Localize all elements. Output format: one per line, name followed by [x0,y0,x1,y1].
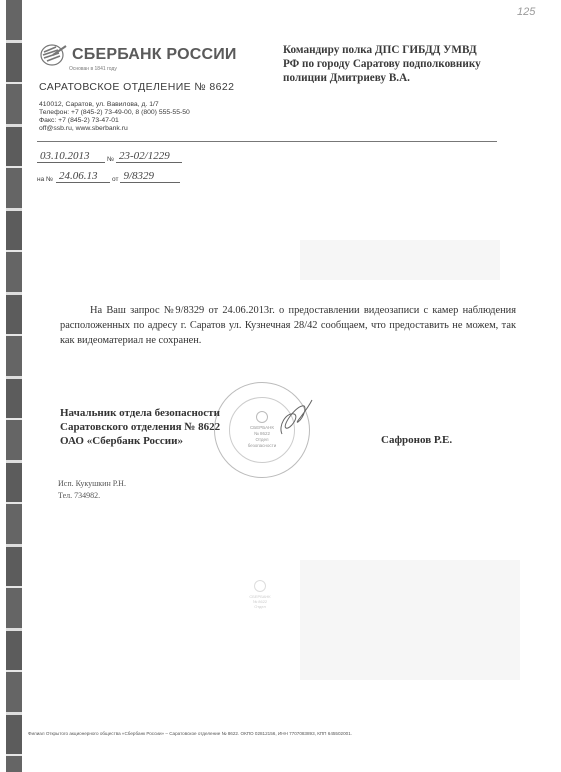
executor-name: Исп. Кукушкин Р.Н. [58,478,126,490]
sberbank-logo-icon [40,44,68,66]
stamp-logo-icon [254,580,266,592]
bank-name: СБЕРБАНК РОССИИ [72,46,237,64]
addressee-block: Командиру полка ДПС ГИБДД УМВД РФ по гор… [283,43,513,85]
addressee-line: Командиру полка ДПС ГИБДД УМВД [283,43,513,57]
incoming-reference: на № 24.06.13 от 9/8329 [37,170,180,183]
stamp-text: безопасности [248,443,276,449]
outgoing-reference: 03.10.2013 № 23-02/1229 [37,150,182,163]
from-label: от [112,176,118,183]
footer-legal-info: Филиал Открытого акционерного общества «… [28,731,352,736]
number-label: № [107,156,114,163]
executor-info: Исп. Кукушкин Р.Н. Тел. 734982. [58,478,126,502]
addressee-line: РФ по городу Саратову подполковнику [283,57,513,71]
position-line: Начальник отдела безопасности [60,406,220,420]
stamp-logo-icon [256,411,268,423]
letter-body: На Ваш запрос №9/8329 от 24.06.2013г. о … [60,303,516,348]
position-line: Саратовского отделения № 8622 [60,420,220,434]
phone: Телефон: +7 (845-2) 73-49-00, 8 (800) 55… [39,109,190,117]
stamp-text: Отдел [254,604,266,609]
in-reply-label: на № [37,176,53,183]
header-divider [37,141,497,142]
body-paragraph: На Ваш запрос №9/8329 от 24.06.2013г. о … [60,305,516,346]
signatory-position: Начальник отдела безопасности Саратовско… [60,406,220,448]
fax: Факс: +7 (845-2) 73-47-01 [39,117,190,125]
executor-phone: Тел. 734982. [58,490,126,502]
scan-smudge [300,560,520,680]
handwritten-incoming-date: 24.06.13 [56,170,110,183]
web: off@ssb.ru, www.sberbank.ru [39,125,190,133]
address: 410012, Саратов, ул. Вавилова, д. 1/7 [39,101,190,109]
founded-tagline: Основан в 1841 году [69,66,117,72]
handwritten-outgoing-number: 23-02/1229 [116,150,182,163]
branch-name: САРАТОВСКОЕ ОТДЕЛЕНИЕ № 8622 [39,81,234,93]
handwritten-date: 03.10.2013 [37,150,105,163]
page-number: 125 [517,6,535,18]
position-line: ОАО «Сбербанк России» [60,434,220,448]
signatory-name: Сафронов Р.Е. [381,434,452,446]
handwritten-signature-icon [276,398,316,440]
handwritten-incoming-number: 9/8329 [120,170,180,183]
contact-info: 410012, Саратов, ул. Вавилова, д. 1/7 Те… [39,101,190,133]
bank-logo: СБЕРБАНК РОССИИ [40,44,237,66]
faint-stamp: СБЕРБАНК № 8622 Отдел [232,580,288,636]
addressee-line: полиции Дмитриеву В.А. [283,71,513,85]
scan-edge-strip [6,0,22,772]
scan-smudge [300,240,500,280]
